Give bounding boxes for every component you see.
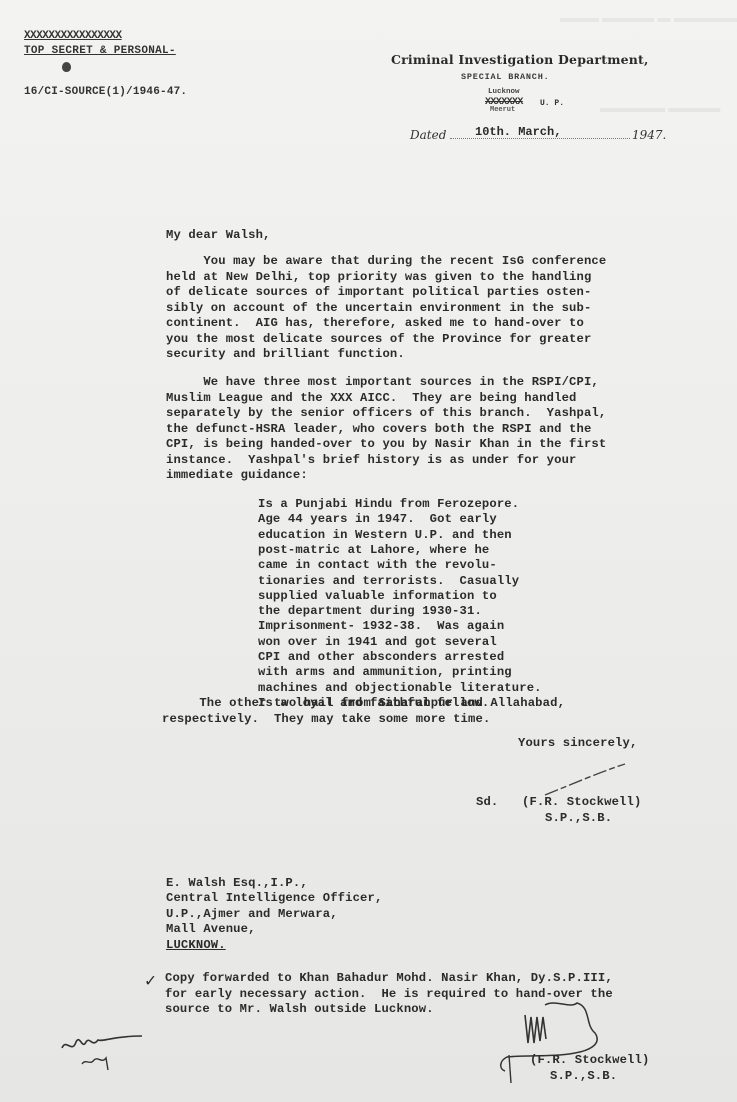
text-line: CPI, is being handed-over to you by Nasi… [166, 437, 606, 452]
date-year: 1947. [632, 128, 666, 142]
history-line: the department during 1930-31. [258, 604, 482, 619]
copy-signatory-title: S.P.,S.B. [550, 1069, 617, 1084]
closing: Yours sincerely, [518, 736, 637, 751]
text-line: continent. AIG has, therefore, asked me … [166, 316, 584, 331]
text-line: instance. Yashpal's brief history is as … [166, 453, 577, 468]
reference-number: 16/CI-SOURCE(1)/1946-47. [24, 86, 187, 98]
signature-stroke-icon [540, 760, 630, 800]
place-inserted-below: Meerut [490, 106, 515, 114]
address-line: E. Walsh Esq.,I.P., [166, 876, 308, 891]
history-line: post-matric at Lahore, where he [258, 543, 489, 558]
text-line: sibly on account of the uncertain enviro… [166, 301, 591, 316]
address-line: Mall Avenue, [166, 922, 256, 937]
branch-name: SPECIAL BRANCH. [461, 72, 550, 82]
address-line: LUCKNOW. [166, 938, 226, 953]
text-line: held at New Delhi, top priority was give… [166, 270, 591, 285]
text-line: Muslim League and the XXX AICC. They are… [166, 391, 577, 406]
history-line: Imprisonment- 1932-38. Was again [258, 619, 504, 634]
text-line: of delicate sources of important politic… [166, 285, 591, 300]
address-line: Central Intelligence Officer, [166, 891, 382, 906]
text-line: You may be aware that during the recent … [166, 254, 606, 269]
signatory-name: (F.R. Stockwell) [522, 795, 641, 810]
bleed-through-text: ▬▬▬▬▬ ▬▬▬▬ [600, 100, 720, 116]
sd-label: Sd. [476, 795, 498, 810]
history-line: came in contact with the revolu- [258, 558, 497, 573]
text-line: the defunct-HSRA leader, who covers both… [166, 422, 591, 437]
text-line: The other two hail from Saharanpur and A… [162, 696, 565, 711]
bleed-through-text: ▬▬▬ ▬▬▬▬ ▬ ▬▬▬▬▬ [560, 10, 737, 26]
seal-mark-icon [62, 62, 71, 72]
department-name: Criminal Investigation Department, [391, 52, 649, 67]
history-line: Is a Punjabi Hindu from Ferozepore. [258, 497, 519, 512]
date-value: 10th. March, [475, 125, 561, 139]
text-line: separately by the senior officers of thi… [166, 406, 606, 421]
history-line: won over in 1941 and got several [258, 635, 497, 650]
copy-note-line: Copy forwarded to Khan Bahadur Mohd. Nas… [165, 971, 613, 986]
history-line: CPI and other absconders arrested [258, 650, 504, 665]
classification-label: TOP SECRET & PERSONAL- [24, 45, 176, 57]
history-line: machines and objectionable literature. [258, 681, 542, 696]
history-line: tionaries and terrorists. Casually [258, 574, 519, 589]
text-line: security and brilliant function. [166, 347, 405, 362]
copy-note-line: source to Mr. Walsh outside Lucknow. [165, 1002, 434, 1017]
check-mark-icon: ✓ [145, 970, 156, 992]
address-line: U.P.,Ajmer and Merwara, [166, 907, 338, 922]
salutation: My dear Walsh, [166, 228, 271, 243]
copy-signatory-name: (F.R. Stockwell) [530, 1053, 649, 1068]
signatory-title: S.P.,S.B. [545, 811, 612, 826]
handwritten-initials-icon [52, 1030, 152, 1080]
text-line: We have three most important sources in … [166, 375, 599, 390]
history-line: supplied valuable information to [258, 589, 497, 604]
struck-line: XXXXXXXXXXXXXXXX [24, 30, 122, 42]
history-line: education in Western U.P. and then [258, 528, 512, 543]
text-line: immediate guidance: [166, 468, 308, 483]
history-line: Age 44 years in 1947. Got early [258, 512, 497, 527]
text-line: respectively. They may take some more ti… [162, 712, 490, 727]
place-inserted-above: Lucknow [488, 88, 520, 96]
state-label: U. P. [540, 99, 564, 108]
dated-label: Dated [410, 128, 446, 142]
text-line: you the most delicate sources of the Pro… [166, 332, 591, 347]
history-line: with arms and ammunition, printing [258, 665, 512, 680]
document-page: ▬▬▬ ▬▬▬▬ ▬ ▬▬▬▬▬ ▬▬▬▬▬ ▬▬▬▬ XXXXXXXXXXXX… [0, 0, 737, 1102]
